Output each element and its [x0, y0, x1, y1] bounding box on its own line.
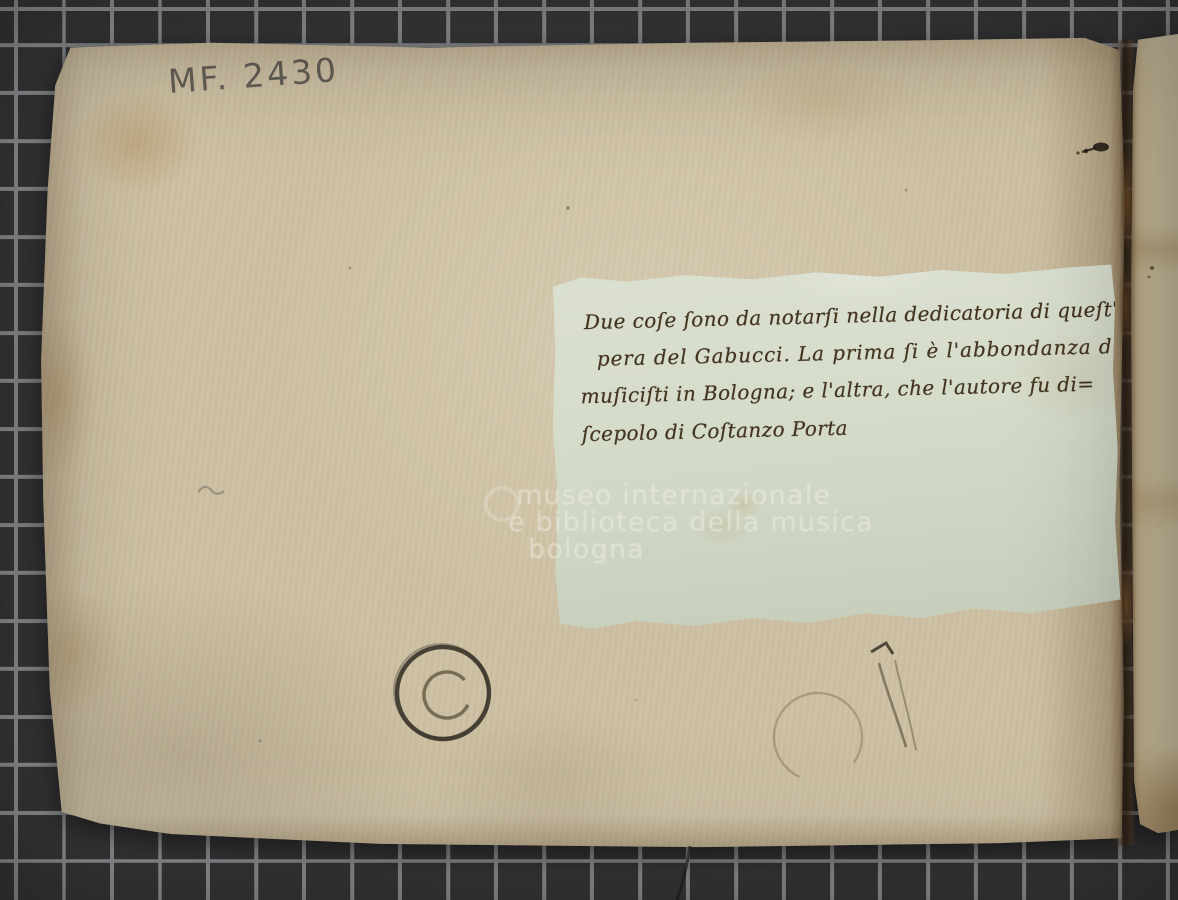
- pasted-annotation-slip: Due coſe ſono da notarſi nella dedicator…: [547, 259, 1123, 631]
- annotation-text: Due coſe ſono da notarſi nella dedicator…: [545, 255, 1126, 635]
- annotation-line-4: ſcepolo di Coſtanzo Porta: [581, 416, 848, 447]
- photo-scene: MF. 2430 Due coſe ſono da notarſi nella …: [0, 0, 1178, 900]
- annotation-line-3: muſiciſti in Bologna; e l'altra, che l'a…: [580, 372, 1094, 409]
- annotation-line-2: pera del Gabucci. La prima ſi è l'abbond…: [597, 334, 1133, 371]
- annotation-line-1: Due coſe ſono da notarſi nella dedicator…: [584, 296, 1148, 334]
